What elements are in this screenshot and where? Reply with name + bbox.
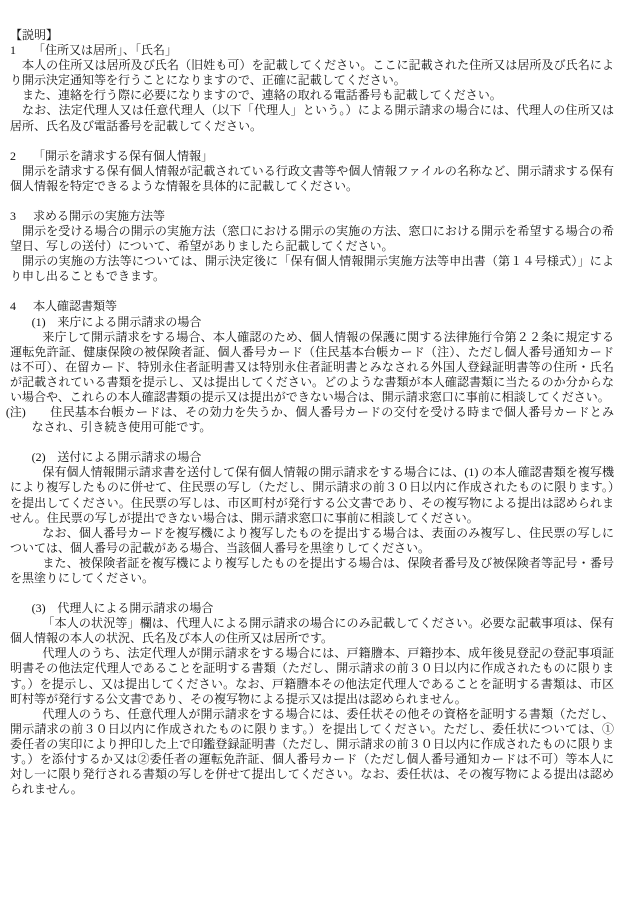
section-body: 開示を受ける場合の開示の実施方法（窓口における開示の実施の方法、窓口における開示… <box>10 224 614 284</box>
paragraph: 代理人のうち、任意代理人が開示請求をする場合には、委任状その他その資格を証明する… <box>10 707 614 798</box>
paragraph: 開示を請求する保有個人情報が記載されている行政文書等や個人情報ファイルの名称など… <box>10 164 614 194</box>
section-body: (1)来庁による開示請求の場合 来庁して開示請求をする場合、本人確認のため、個人… <box>10 315 614 798</box>
section-heading: 4本人確認書類等 <box>10 299 614 314</box>
sections-container: 1「住所又は居所」、「氏名」 本人の住所又は居所及び氏名（旧姓も可）を記載してく… <box>10 43 614 797</box>
subsection-title: 来庁による開示請求の場合 <box>57 315 201 329</box>
section-heading: 2「開示を請求する保有個人情報」 <box>10 149 614 164</box>
section: 1「住所又は居所」、「氏名」 本人の住所又は居所及び氏名（旧姓も可）を記載してく… <box>10 43 614 134</box>
subsection-title: 送付による開示請求の場合 <box>57 450 201 464</box>
subsection-label: (3) <box>32 601 58 616</box>
subsection-body: 「本人の状況等」欄は、代理人による開示請求の場合にのみ記載してください。必要な記… <box>10 616 614 797</box>
subsection-heading: (2)送付による開示請求の場合 <box>10 450 614 465</box>
subsection: (3)代理人による開示請求の場合 「本人の状況等」欄は、代理人による開示請求の場… <box>10 601 614 797</box>
subsection-heading: (3)代理人による開示請求の場合 <box>10 601 614 616</box>
section-body: 開示を請求する保有個人情報が記載されている行政文書等や個人情報ファイルの名称など… <box>10 164 614 194</box>
section-heading: 3求める開示の実施方法等 <box>10 209 614 224</box>
section-number: 2 <box>10 149 33 164</box>
section-number: 4 <box>10 299 33 314</box>
page-title: 【説明】 <box>10 28 614 43</box>
paragraph: 本人の住所又は居所及び氏名（旧姓も可）を記載してください。ここに記載された住所又… <box>10 58 614 88</box>
note-text: 住民基本台帳カードは、その効力を失うか、個人番号カードの交付を受ける時まで個人番… <box>32 405 614 434</box>
section-body: 本人の住所又は居所及び氏名（旧姓も可）を記載してください。ここに記載された住所又… <box>10 58 614 133</box>
paragraph: 代理人のうち、法定代理人が開示請求をする場合には、戸籍謄本、戸籍抄本、成年後見登… <box>10 646 614 706</box>
paragraph: なお、法定代理人又は任意代理人（以下「代理人」という。）による開示請求の場合には… <box>10 103 614 133</box>
paragraph: また、連絡を行う際に必要になりますので、連絡の取れる電話番号も記載してください。 <box>10 88 614 103</box>
subsection-body: 保有個人情報開示請求書を送付して保有個人情報の開示請求をする場合には、(1) の… <box>10 465 614 586</box>
subsection-label: (2) <box>32 450 58 465</box>
paragraph: 開示の実施の方法等については、開示決定後に「保有個人情報開示実施方法等申出書（第… <box>10 254 614 284</box>
section: 2「開示を請求する保有個人情報」 開示を請求する保有個人情報が記載されている行政… <box>10 149 614 194</box>
subsection-title: 代理人による開示請求の場合 <box>57 601 213 615</box>
paragraph: 「本人の状況等」欄は、代理人による開示請求の場合にのみ記載してください。必要な記… <box>10 616 614 646</box>
section-number: 3 <box>10 209 33 224</box>
paragraph: 保有個人情報開示請求書を送付して保有個人情報の開示請求をする場合には、(1) の… <box>10 465 614 525</box>
section-title: 求める開示の実施方法等 <box>33 209 165 223</box>
paragraph: 来庁して開示請求をする場合、本人確認のため、個人情報の保護に関する法律施行令第２… <box>10 330 614 405</box>
section-title: 「開示を請求する保有個人情報」 <box>33 149 213 163</box>
section: 3求める開示の実施方法等 開示を受ける場合の開示の実施方法（窓口における開示の実… <box>10 209 614 284</box>
note-label: (注) <box>6 405 26 420</box>
paragraph: 開示を受ける場合の開示の実施方法（窓口における開示の実施の方法、窓口における開示… <box>10 224 614 254</box>
section: 4本人確認書類等 (1)来庁による開示請求の場合 来庁して開示請求をする場合、本… <box>10 299 614 797</box>
section-number: 1 <box>10 43 33 58</box>
subsection-heading: (1)来庁による開示請求の場合 <box>10 315 614 330</box>
paragraph: また、被保険者証を複写機により複写したものを提出する場合は、保険者番号及び被保険… <box>10 556 614 586</box>
section-heading: 1「住所又は居所」、「氏名」 <box>10 43 614 58</box>
section-title: 本人確認書類等 <box>33 299 117 313</box>
explanation-document-page: 【説明】 1「住所又は居所」、「氏名」 本人の住所又は居所及び氏名（旧姓も可）を… <box>0 0 630 903</box>
note: (注)住民基本台帳カードは、その効力を失うか、個人番号カードの交付を受ける時まで… <box>10 405 614 435</box>
paragraph: なお、個人番号カードを複写機により複写したものを提出する場合は、表面のみ複写し、… <box>10 526 614 556</box>
subsection: (1)来庁による開示請求の場合 来庁して開示請求をする場合、本人確認のため、個人… <box>10 315 614 436</box>
subsection-label: (1) <box>32 315 58 330</box>
section-title: 「住所又は居所」、「氏名」 <box>33 43 177 57</box>
subsection-body: 来庁して開示請求をする場合、本人確認のため、個人情報の保護に関する法律施行令第２… <box>10 330 614 436</box>
subsection: (2)送付による開示請求の場合 保有個人情報開示請求書を送付して保有個人情報の開… <box>10 450 614 586</box>
